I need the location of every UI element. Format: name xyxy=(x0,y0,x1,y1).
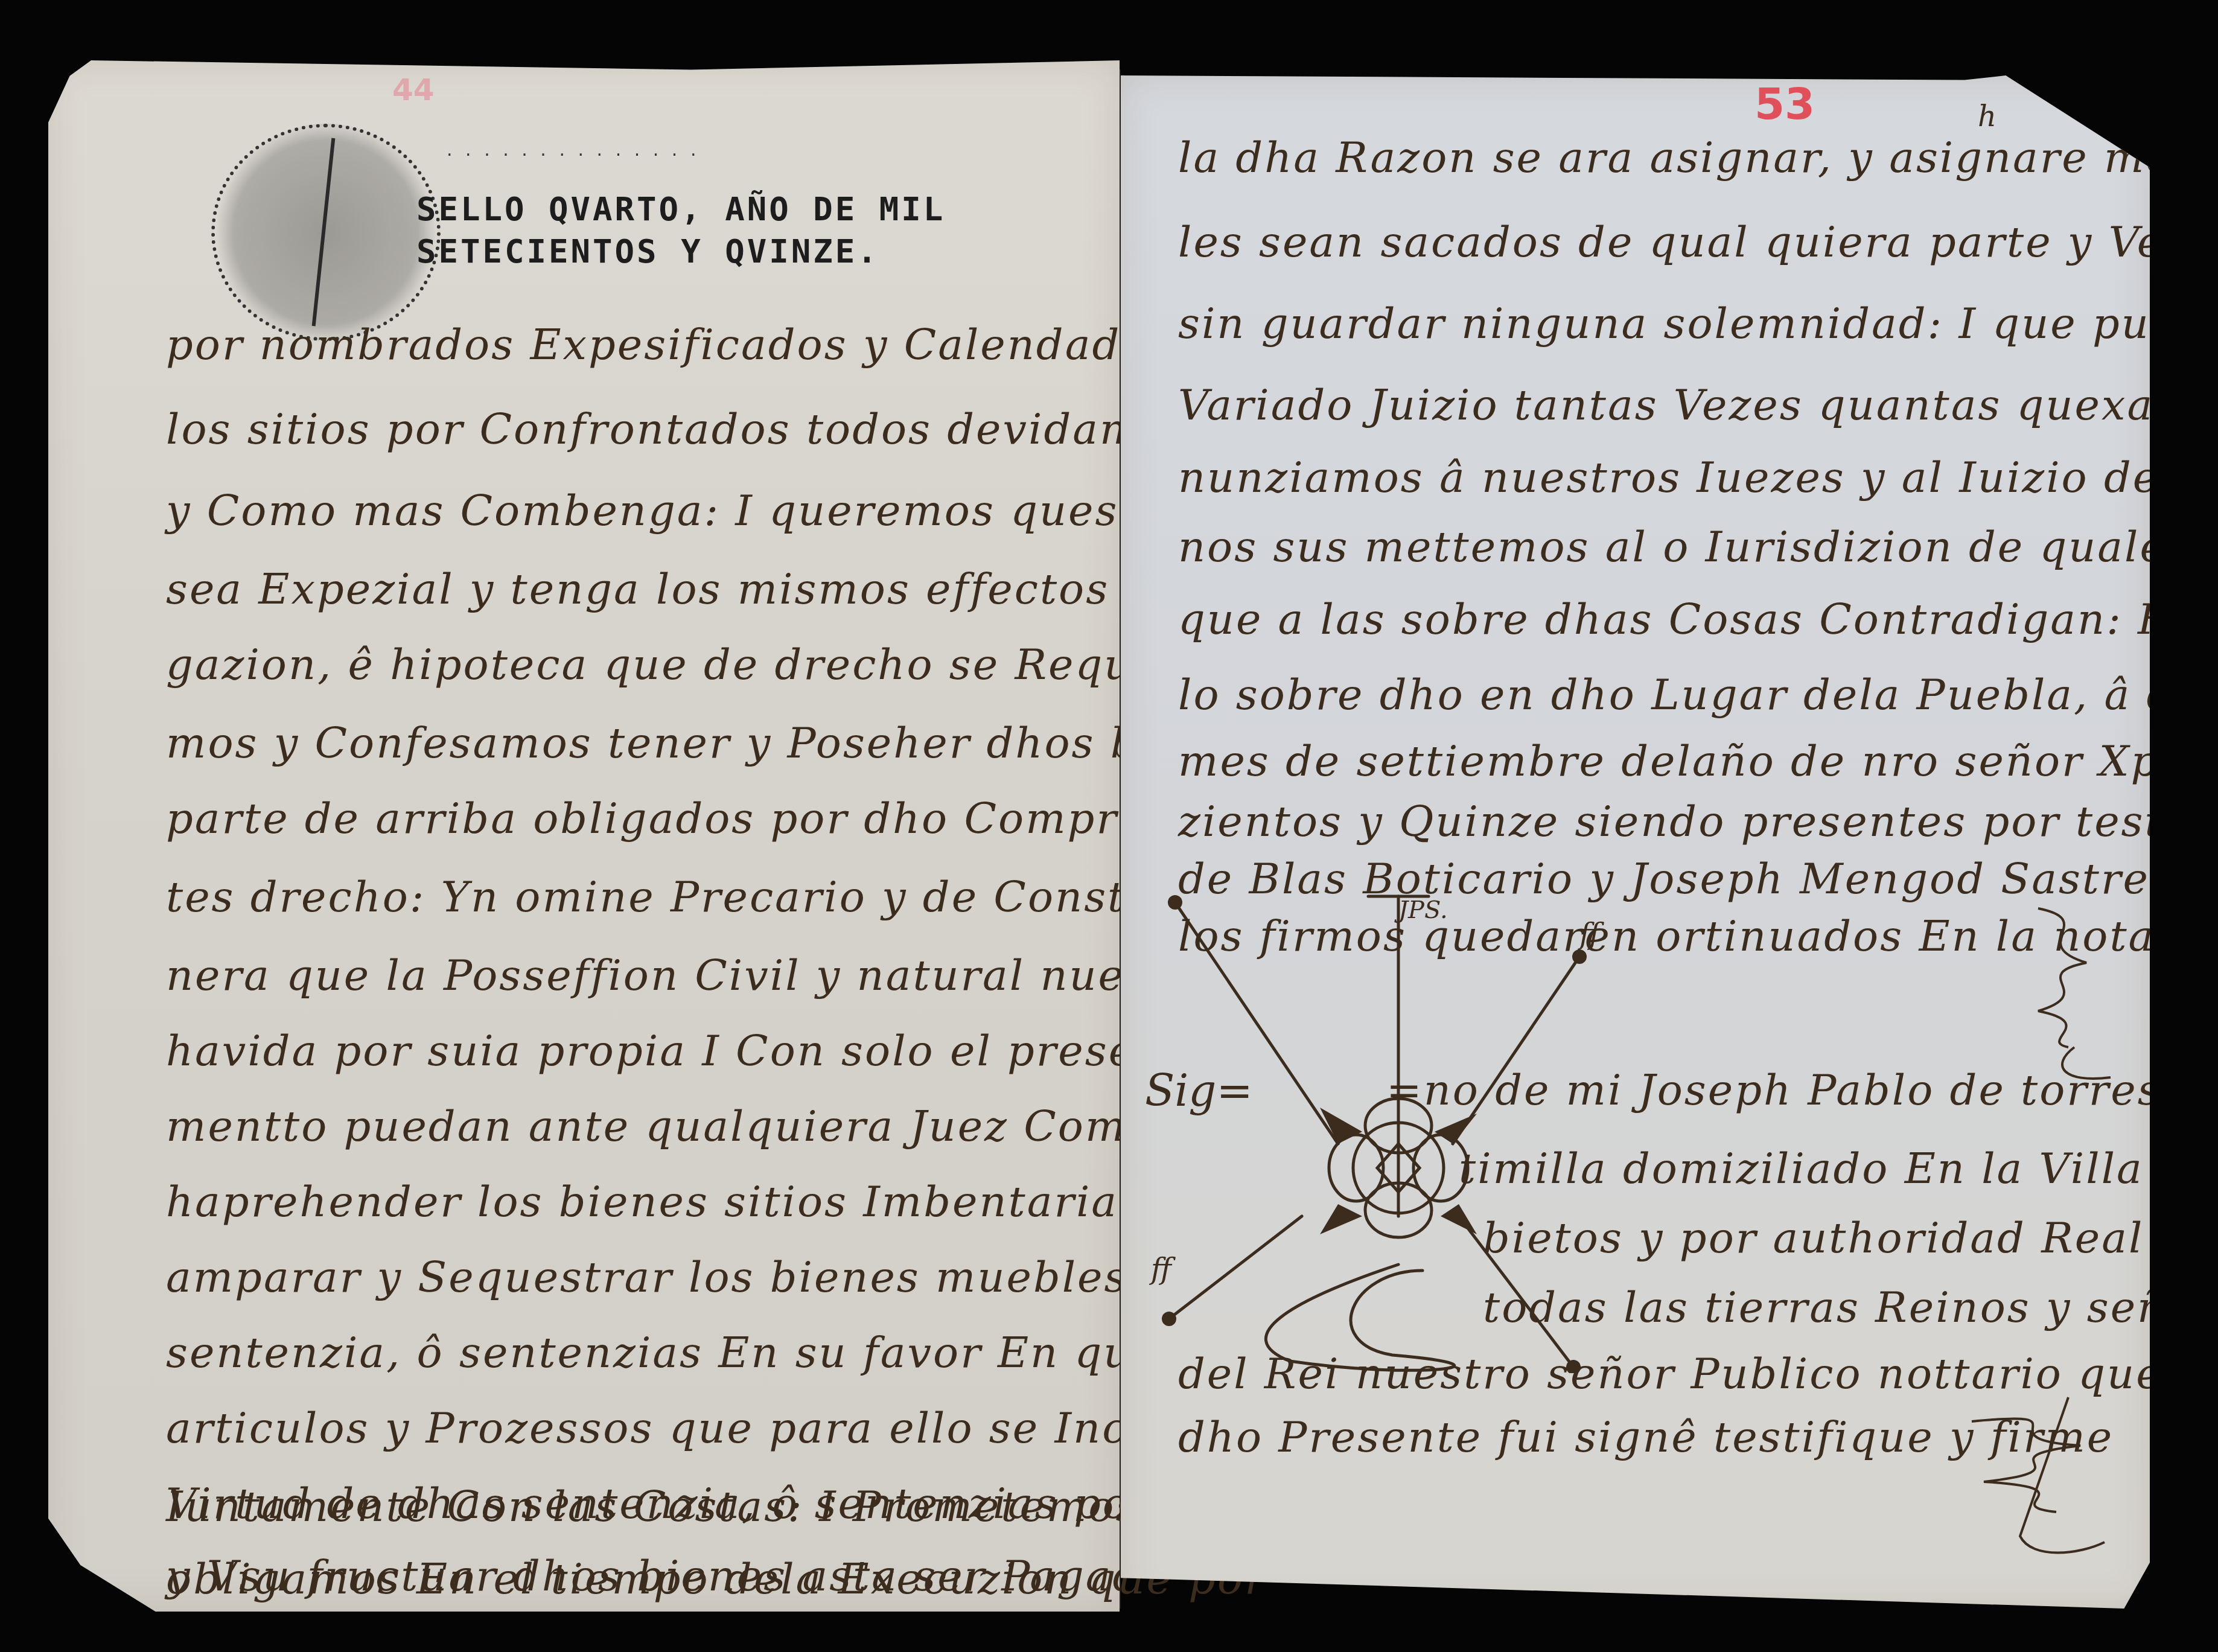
left-page: 44 · · · · · · · · · · · · · · SELLO QVA… xyxy=(48,60,1120,1612)
right-page: 53 h la dha Razon se ara asignar, y asig… xyxy=(1121,75,2150,1609)
small-mark: ff xyxy=(1579,917,1600,951)
signature-line: timilla domiziliado En la Villa de Rue xyxy=(1459,1144,2218,1193)
faint-folio-mark: 44 xyxy=(392,72,435,107)
sign-label: Sig= xyxy=(1145,1065,1253,1116)
rubric-flourish-icon xyxy=(1960,1385,2117,1566)
text-line: Variado Juizio tantas Vezes quantas quex… xyxy=(1178,380,2218,430)
signature-line: todas las tierras Reinos y señorios xyxy=(1483,1283,2218,1332)
folio-number: 53 xyxy=(1754,78,1815,129)
text-line: los sitios por Confrontados todos devida… xyxy=(166,404,1243,454)
rubric-flourish-icon xyxy=(2014,896,2123,1089)
stamp-line-1: SELLO QVARTO, AÑO DE MIL xyxy=(416,190,945,228)
text-line: por nombrados Expesificados y Calendados… xyxy=(166,320,1213,369)
text-line: Iuntamente Con las Costas: I Prometemos … xyxy=(166,1482,1275,1531)
text-line: que a las sobre dhas Cosas Contradigan: … xyxy=(1178,595,2218,644)
text-line: les sean sacados de qual quiera parte y … xyxy=(1178,217,2218,267)
royal-seal-stamp-icon xyxy=(211,124,441,341)
text-line: obligamos En el tiempo dela Execuzion qu… xyxy=(166,1554,1267,1604)
small-mark: ff xyxy=(1151,1252,1171,1286)
text-line: zientos y Quinze siendo presentes por te… xyxy=(1178,797,2218,846)
text-line: mes de settiembre delaño de nro señor Xp… xyxy=(1178,736,2218,786)
text-line: sin guardar ninguna solemnidad: I que pu… xyxy=(1178,299,2218,348)
stamp-header-dots: · · · · · · · · · · · · · · xyxy=(447,145,699,166)
text-line: nos sus mettemos al o Iurisdizion de qua… xyxy=(1178,522,2218,572)
text-line: la dha Razon se ara asignar, y asignare … xyxy=(1178,133,2218,182)
marginal-mark: h xyxy=(1978,100,1997,133)
stamp-line-2: SETECIENTOS Y QVINZE. xyxy=(416,232,879,270)
text-line: nunziamos â nuestros Iuezes y al Iuizio … xyxy=(1178,453,2218,502)
signature-line: bietos y por authoridad Real por xyxy=(1483,1213,2218,1263)
text-line: lo sobre dho en dho Lugar dela Puebla, â… xyxy=(1178,670,2218,719)
notary-mark-text: JPS. xyxy=(1398,896,1448,924)
